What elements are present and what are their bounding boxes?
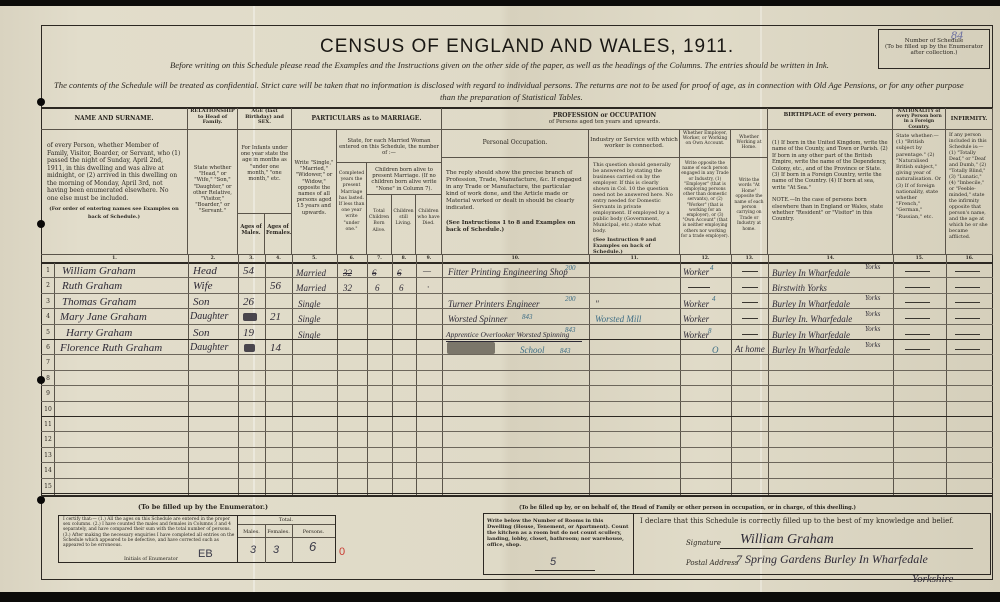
working-at-home: At home	[735, 343, 765, 355]
relationship: Wife	[193, 280, 213, 292]
industry-desc-text: This question should generally be answer…	[593, 162, 675, 234]
total-label: Total.	[238, 517, 334, 523]
relationship: Head	[193, 265, 217, 277]
col-number: 9.	[416, 256, 442, 261]
col-number: 3.	[238, 256, 265, 261]
dash-mark	[688, 287, 710, 288]
occupation-code: 200	[565, 262, 576, 274]
birth-county: Yorks	[865, 323, 880, 335]
person-name: Florence Ruth Graham	[60, 342, 162, 354]
schedule-number-box: Number of Schedule 84 (To be filled up b…	[878, 29, 990, 69]
col-number: 1.	[41, 256, 188, 261]
employment-status: O	[712, 344, 719, 356]
table-row	[41, 432, 993, 447]
birth-county: Yorks	[865, 292, 880, 304]
confidential-line: The contents of the Schedule will be tre…	[54, 80, 964, 90]
col-at-home-desc: Write the words "At Home" opposite the n…	[731, 158, 768, 255]
initials-line	[176, 562, 234, 563]
col-number: 16.	[946, 256, 993, 261]
occupation: Worsted Spinner	[448, 313, 507, 325]
signature-line	[720, 548, 973, 549]
industry-note: (See Instruction 9 and Examples on back …	[593, 237, 675, 255]
dash-mark	[742, 302, 758, 303]
col-personal-desc: The reply should show the precise branch…	[442, 158, 589, 255]
col-number: 5.	[292, 256, 337, 261]
col-industry-desc: This question should generally be answer…	[589, 158, 680, 255]
personal-note: (See Instructions 1 to 8 and Examples on…	[446, 220, 584, 234]
dash-mark	[905, 334, 930, 335]
col-infirmity-desc: If any person included in this Schedule …	[946, 130, 993, 255]
employment-status: Worker	[683, 266, 709, 278]
birthplace: Birstwith Yorks	[772, 282, 827, 294]
children-living: 6	[397, 267, 402, 279]
rooms-line	[535, 570, 595, 571]
row-number: 15	[43, 483, 53, 490]
birthplace: Burley In. Wharfedale	[772, 313, 852, 325]
age-female: 14	[270, 342, 281, 354]
occupation-code: 843	[565, 324, 576, 336]
col-marriage-title: PARTICULARS as to MARRIAGE.	[292, 108, 442, 130]
declaration-text: I declare that this Schedule is correctl…	[640, 517, 954, 525]
total-persons: 6	[309, 541, 316, 553]
occupation: Turner Printers Engineer	[448, 298, 540, 310]
relationship: Son	[193, 327, 210, 339]
grid-line	[265, 524, 266, 563]
col-industry: Industry or Service with which worker is…	[589, 130, 680, 158]
employment-status: Worker	[683, 313, 709, 325]
enumerator-heading: (To be filled up by the Enumerator.)	[138, 503, 268, 511]
marital-condition: Single	[298, 298, 321, 310]
grid-line	[238, 524, 335, 525]
address-label: Postal Address	[686, 559, 738, 567]
col-name-note: (For order of entering names see Example…	[47, 206, 181, 221]
dash-mark	[905, 271, 930, 272]
col-nationality-desc: State whether:— (1) "British subject by …	[893, 130, 946, 255]
table-row	[41, 355, 993, 370]
punch-hole	[37, 496, 45, 504]
table-row	[41, 479, 993, 494]
row-number: 9	[43, 390, 53, 397]
persons-label: Persons.	[292, 529, 335, 535]
dash-mark	[955, 271, 980, 272]
total-males: 3	[250, 544, 256, 556]
row-number: 5	[43, 329, 53, 336]
dash-mark	[905, 318, 930, 319]
col-employer: Whether Employer, Worker, or Working on …	[680, 130, 731, 158]
industry: Worsted Mill	[595, 313, 641, 325]
employment-code: 4	[710, 262, 714, 274]
age-female: 56	[270, 280, 281, 292]
occupation-code: 843	[522, 311, 533, 323]
females-label: Females.	[265, 529, 292, 535]
age-female: 21	[270, 311, 281, 323]
employment-status: Worker	[683, 329, 709, 341]
dash-mark	[955, 318, 980, 319]
col-age-males: Ages of Males.	[238, 214, 265, 255]
col-number: 12.	[680, 256, 731, 261]
col-nationality-title: NATIONALITY of every Person born in a Fo…	[893, 108, 946, 130]
table-row	[41, 386, 993, 401]
col-number: 10.	[442, 256, 589, 261]
birthplace: Burley In Wharfedale	[772, 267, 850, 279]
person-name: Thomas Graham	[62, 296, 136, 308]
row-number: 13	[43, 452, 53, 459]
person-name: Mary Jane Graham	[60, 311, 147, 323]
employment-code: 8	[708, 325, 712, 337]
col-marriage-years: Completed years the present Marriage has…	[337, 163, 367, 255]
children-died: ·	[427, 281, 429, 293]
red-check-mark: 0	[339, 546, 345, 558]
col-number: 2.	[188, 256, 238, 261]
dash-mark	[905, 302, 930, 303]
grid-line	[238, 537, 335, 538]
occupation: Fitter Printing Engineering Shop	[448, 266, 568, 278]
occupation-subtitle: of Persons aged ten years and upwards.	[443, 119, 766, 126]
children-total: 6	[372, 267, 377, 279]
employment-status: Worker	[683, 298, 709, 310]
enumerator-certify-text: I certify that:— (1.) All the ages on th…	[63, 517, 235, 548]
confidential-line-2: than the preparation of Statistical Tabl…	[440, 92, 583, 102]
dash-mark	[955, 302, 980, 303]
row-number: 3	[43, 298, 53, 305]
col-birthplace-desc: (1) If born in the United Kingdom, write…	[768, 130, 893, 255]
row-number: 12	[43, 436, 53, 443]
occupation-code: 843	[560, 345, 571, 357]
col-age-title: AGE (last Birthday) and SEX.	[238, 108, 292, 130]
birthplace-note: NOTE.—In the case of persons born elsewh…	[772, 197, 888, 223]
birthplace: Burley In Wharfedale	[772, 329, 850, 341]
row-number: 11	[43, 421, 53, 428]
dash-mark	[955, 334, 980, 335]
col-rel-title: RELATIONSHIP to Head of Family.	[188, 108, 238, 130]
dash-mark	[955, 287, 980, 288]
schedule-number-value: 84	[951, 28, 963, 43]
birth-county: Yorks	[865, 308, 880, 320]
postal-address-line2: Yorkshire	[912, 573, 953, 585]
table-row	[41, 448, 993, 463]
row-number: 2	[43, 282, 53, 289]
table-bottom-rule	[41, 495, 993, 497]
page-title: CENSUS OF ENGLAND AND WALES, 1911.	[320, 36, 734, 58]
grid-line	[633, 513, 634, 575]
col-number: 15.	[893, 256, 946, 261]
col-marriage-condition: Write "Single," "Married," "Widower," or…	[292, 130, 337, 255]
col-at-home: Whether Working at Home.	[731, 130, 768, 158]
person-name: William Graham	[62, 265, 136, 277]
col-number: 6.	[337, 256, 367, 261]
marital-condition: Married	[296, 282, 326, 294]
col-number: 11.	[589, 256, 680, 261]
col-children-died: Children who have Died.	[416, 195, 442, 255]
scribbled-out-mark	[243, 313, 257, 321]
marital-condition: Married	[296, 267, 326, 279]
col-children-total: Total Children Born Alive.	[367, 195, 392, 255]
marital-condition: Single	[298, 329, 321, 341]
dash-mark	[742, 271, 758, 272]
instruction-line: Before writing on this Schedule please r…	[170, 60, 829, 70]
table-row	[41, 371, 993, 386]
col-number: 8.	[392, 256, 416, 261]
col-number: 13.	[731, 256, 768, 261]
children-living: 6	[399, 282, 404, 294]
industry: "	[595, 298, 599, 310]
col-name-desc: of every Person, whether Member of Famil…	[41, 130, 188, 255]
col-occupation-title: PROFESSION or OCCUPATION of Persons aged…	[442, 108, 768, 130]
dash-mark	[742, 318, 758, 319]
birth-county: Yorks	[865, 261, 880, 273]
age-male: 19	[243, 327, 254, 339]
scribbled-out-mark	[244, 344, 255, 352]
col-age-desc: For Infants under one year state the age…	[238, 130, 292, 214]
table-row	[41, 340, 993, 355]
col-number: 4.	[265, 256, 292, 261]
col-children-header: Children born alive to present Marriage.…	[367, 163, 442, 195]
dash-mark	[955, 349, 980, 350]
personal-desc-text: The reply should show the precise branch…	[446, 170, 584, 212]
col-children-living: Children still Living.	[392, 195, 416, 255]
dash-mark	[905, 349, 930, 350]
col-number: 7.	[367, 256, 392, 261]
row-number: 4	[43, 313, 53, 320]
row-number: 14	[43, 467, 53, 474]
age-male: 26	[243, 296, 254, 308]
col-personal-occupation: Personal Occupation.	[442, 130, 589, 158]
occupation-title: PROFESSION or OCCUPATION	[443, 112, 766, 119]
col-employer-desc: Write opposite the name of each person e…	[680, 158, 731, 255]
col-rel-desc: State whether "Head," or "Wife," "Son," …	[188, 130, 238, 255]
householder-heading: (To be filled up by, or on behalf of, th…	[519, 505, 856, 511]
col-name-title: NAME AND SURNAME.	[41, 108, 188, 130]
strike-line	[446, 341, 582, 342]
initials-label: Initials of Enumerator	[124, 557, 178, 563]
relationship: Daughter	[190, 311, 228, 323]
dash-mark	[742, 334, 758, 335]
grid-line	[292, 524, 293, 563]
employment-code: 4	[712, 293, 716, 305]
table-row	[41, 402, 993, 417]
occupation-code: 200	[565, 293, 576, 305]
signature-label: Signature	[686, 539, 721, 547]
birthplace: Burley In Wharfedale	[772, 298, 850, 310]
table-row	[41, 463, 993, 478]
age-male: 54	[243, 265, 254, 277]
row-number: 10	[43, 406, 53, 413]
crossed-out-entry	[447, 342, 495, 354]
males-label: Males.	[238, 529, 265, 535]
relationship: Son	[193, 296, 210, 308]
birthplace-desc-text: (1) If born in the United Kingdom, write…	[772, 140, 888, 191]
dash-mark	[742, 287, 758, 288]
col-age-females: Ages of Females.	[265, 214, 292, 255]
postal-address: 7 Spring Gardens Burley In Wharfedale	[736, 553, 928, 566]
row-number: 8	[43, 375, 53, 382]
occupation: Apprentice Overlooker Worsted Spinning	[446, 329, 569, 341]
total-females: 3	[273, 544, 279, 556]
children-died: —	[423, 265, 431, 277]
row-number: 6	[43, 344, 53, 351]
person-name: Harry Graham	[66, 327, 132, 339]
birthplace: Burley In Wharfedale	[772, 344, 850, 356]
col-birthplace-title: BIRTHPLACE of every person.	[768, 108, 893, 130]
dash-mark	[905, 287, 930, 288]
children-total: 6	[375, 282, 380, 294]
enumerator-initials: EB	[198, 548, 213, 560]
row-number: 1	[43, 267, 53, 274]
table-row	[41, 417, 993, 432]
punch-hole	[37, 98, 45, 106]
marital-condition: Single	[298, 313, 321, 325]
schedule-number-note: (To be filled up by the Enumerator after…	[879, 44, 989, 56]
years-married: 32	[343, 282, 352, 294]
occupation: School	[520, 344, 545, 356]
col-married-woman: State, for each Married Woman entered on…	[337, 130, 442, 163]
relationship: Daughter	[190, 342, 228, 354]
row-number: 7	[43, 359, 53, 366]
col-infirmity-title: INFIRMITY.	[946, 108, 993, 130]
rooms-instruction: Write below the Number of Rooms in this …	[487, 518, 629, 548]
signature: William Graham	[740, 532, 834, 547]
table-row	[41, 278, 993, 293]
birth-county: Yorks	[865, 339, 880, 351]
col-name-desc-text: of every Person, whether Member of Famil…	[47, 142, 181, 202]
years-married: 32	[343, 267, 352, 279]
rooms-count: 5	[550, 556, 556, 568]
person-name: Ruth Graham	[62, 280, 122, 292]
